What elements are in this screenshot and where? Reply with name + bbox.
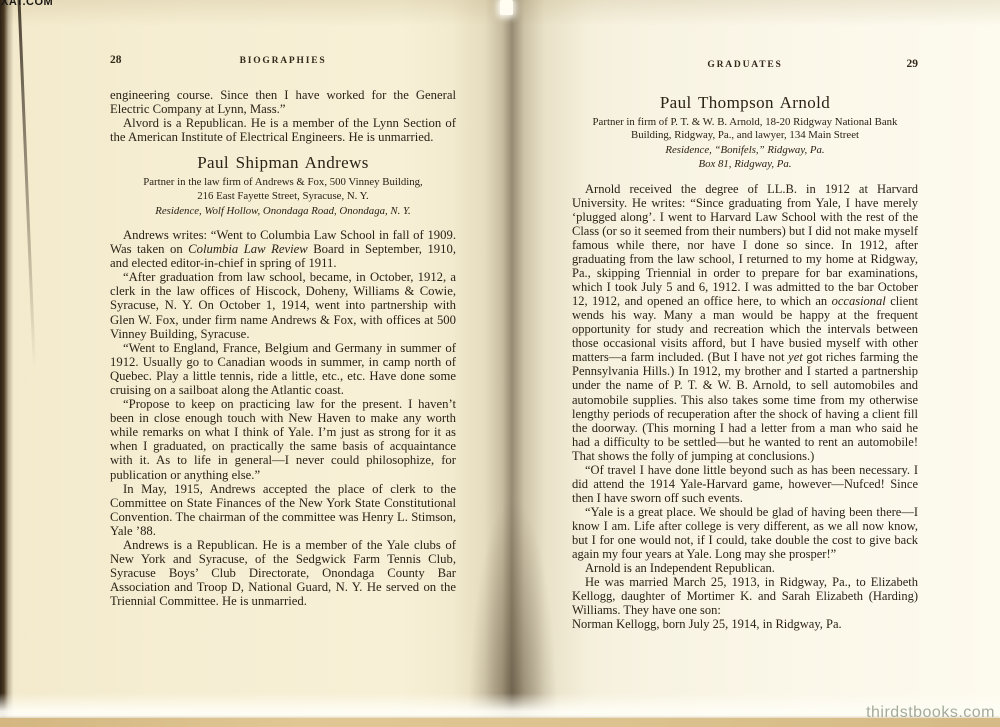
entry-body-andrews: Andrews writes: “Went to Columbia Law Sc…	[110, 228, 456, 609]
residence-line: Residence, Wolf Hollow, Onondaga Road, O…	[110, 205, 456, 218]
page-number-left: 28	[110, 54, 122, 66]
watermark-top-left: XAT.COM	[1, 0, 53, 8]
entry-heading-arnold: Paul Thompson Arnold	[572, 93, 918, 113]
body-paragraph: Norman Kellogg, born July 25, 1914, in R…	[572, 617, 918, 631]
continuation-text: engineering course. Since then I have wo…	[110, 88, 456, 144]
page-number-right: 29	[907, 58, 919, 70]
body-paragraph: In May, 1915, Andrews accepted the place…	[110, 482, 456, 538]
body-paragraph: engineering course. Since then I have wo…	[110, 88, 456, 116]
left-page: 28 BIOGRAPHIES engineering course. Since…	[110, 0, 456, 609]
body-paragraph: “Yale is a great place. We should be gla…	[572, 505, 918, 561]
right-page-header: GRADUATES 29	[572, 60, 918, 73]
entry-body-arnold: Arnold received the degree of LL.B. in 1…	[572, 182, 918, 632]
page-bottom-edge	[0, 693, 1000, 719]
body-paragraph: Arnold is an Independent Republican.	[572, 561, 918, 575]
residence-line: Residence, “Bonifels,” Ridgway, Pa.	[572, 144, 918, 157]
body-paragraph: “After graduation from law school, becam…	[110, 270, 456, 340]
address-line: Partner in firm of P. T. & W. B. Arnold,…	[572, 116, 918, 129]
body-paragraph: Arnold received the degree of LL.B. in 1…	[572, 182, 918, 463]
book-scan-photo: XAT.COM thirdstbooks.com 28 BIOGRAPHIES …	[0, 0, 1000, 727]
page-gap-highlight	[500, 0, 513, 15]
left-page-header: 28 BIOGRAPHIES	[110, 56, 456, 69]
body-paragraph: Andrews writes: “Went to Columbia Law Sc…	[110, 228, 456, 270]
body-paragraph: Alvord is a Republican. He is a member o…	[110, 116, 456, 144]
running-header-left: BIOGRAPHIES	[110, 56, 456, 66]
entry-heading-andrews: Paul Shipman Andrews	[110, 153, 456, 173]
running-header-right: GRADUATES	[572, 60, 918, 70]
body-paragraph: “Of travel I have done little beyond suc…	[572, 463, 918, 505]
book-cover-edge	[0, 0, 22, 727]
table-surface-strip	[0, 718, 1000, 727]
right-page: GRADUATES 29 Paul Thompson Arnold Partne…	[572, 0, 918, 631]
body-paragraph: He was married March 25, 1913, in Ridgwa…	[572, 575, 918, 617]
body-paragraph: “Propose to keep on practicing law for t…	[110, 397, 456, 482]
watermark-bottom-right: thirdstbooks.com	[866, 704, 995, 722]
body-paragraph: Andrews is a Republican. He is a member …	[110, 538, 456, 608]
body-paragraph: “Went to England, France, Belgium and Ge…	[110, 341, 456, 397]
residence-line: Box 81, Ridgway, Pa.	[572, 158, 918, 171]
address-line: 216 East Fayette Street, Syracuse, N. Y.	[110, 190, 456, 203]
address-line: Building, Ridgway, Pa., and lawyer, 134 …	[572, 129, 918, 142]
address-line: Partner in the law firm of Andrews & Fox…	[110, 176, 456, 189]
